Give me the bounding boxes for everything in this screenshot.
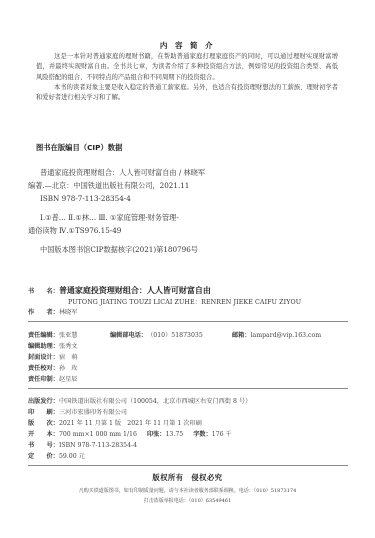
intro-paragraph: 本书的读者对象主要是收入稳定的普通工薪家庭。另外，也适合有投资理财想法的工薪族、…: [36, 83, 338, 104]
publication-value: 中国铁道出版社有限公司（100054，北京市西城区右安门西街 8 号）: [59, 396, 251, 405]
intro-body: 这是一本针对普通家庭的理财书籍，在帮助普通家庭打理家庭资产的同时，可以通过理财实…: [36, 52, 338, 103]
book-title: 普通家庭投资理财组合：人人皆可财富自由: [59, 285, 211, 296]
editorial-phone-label: 编辑部电话：: [110, 330, 147, 339]
book-title-label: 书 名：: [28, 286, 59, 295]
publication-row: 开 本： 700 mm×1 000 mm 1/16 印张： 13.75 字数： …: [28, 429, 232, 440]
editorial-phone: （010）51873035: [147, 330, 203, 339]
intro-paragraph: 这是一本针对普通家庭的理财书籍，在帮助普通家庭打理家庭资产的同时，可以通过理财实…: [36, 52, 338, 83]
intro-title: 内 容 简 介: [0, 40, 375, 51]
divider: [28, 388, 348, 389]
cip-classification-line: Ⅰ.①普… Ⅱ.①林… Ⅲ. ①家庭管理-财务管理-: [40, 213, 179, 223]
publication-label: 印 刷：: [28, 407, 59, 416]
staff-label: 责任印制：: [28, 374, 59, 383]
sheets-value: 13.75: [165, 431, 183, 438]
staff-row: 编辑助理： 张秀文: [28, 341, 78, 352]
publication-row: 书 号： ISBN 978-7-113-28354-4: [28, 440, 137, 451]
divider: [28, 465, 348, 466]
staff-row: 责任印制： 赵星辰: [28, 374, 78, 385]
email-row: 邮箱： lampard@vip.163.com: [232, 330, 321, 341]
book-pinyin: PUTONG JIATING TOUZI LICAI ZUHE：RENREN J…: [68, 297, 301, 306]
staff-value: 孙 玫: [59, 363, 78, 372]
publication-row: 出版发行： 中国铁道出版社有限公司（100054，北京市西城区右安门西街 8 号…: [28, 396, 251, 407]
word-count-label: 字数：: [193, 429, 212, 438]
author-label: 作 者：: [28, 307, 59, 316]
author-row: 作 者： 林晓军: [28, 307, 78, 318]
cip-title-line: 普通家庭投资理财组合：人人皆可财富自由 / 林晓军: [40, 168, 205, 178]
publication-label: 开 本：: [28, 429, 59, 438]
publication-row: 定 价： 59.00 元: [28, 451, 85, 462]
publication-row: 版 次： 2021 年 11 月第 1 版 2021 年 11 月第 1 次印刷: [28, 418, 202, 429]
publication-label: 定 价：: [28, 451, 59, 460]
piracy-report-note: 打击盗版举报电话：（010）63549461: [0, 497, 375, 504]
copyright-title: 版权所有 侵权必究: [0, 473, 375, 483]
cip-heading: 图书在版编目（CIP）数据: [36, 143, 122, 153]
email-address: lampard@vip.163.com: [251, 332, 322, 339]
author-name: 林晓军: [59, 307, 78, 316]
staff-value: 赵星辰: [59, 374, 78, 383]
staff-label: 责任校对：: [28, 363, 59, 372]
staff-value: 张秀文: [59, 341, 78, 350]
publication-label: 版 次：: [28, 418, 59, 427]
copyright-note: 凡购买铁道版图书，如有印制质量问题，请与本社读者服务部联系调换。电话：（010）…: [0, 487, 375, 494]
staff-value: 宿 萌: [59, 352, 78, 361]
publication-label: 书 号：: [28, 440, 59, 449]
publication-label: 出版发行：: [28, 396, 59, 405]
cip-classification-line-2: 通俗读物 Ⅳ.①TS976.15-49: [28, 226, 121, 236]
staff-label: 封面设计：: [28, 352, 59, 361]
publication-row: 印 刷： 三河市宏盛印务有限公司: [28, 407, 127, 418]
staff-row: 封面设计： 宿 萌: [28, 352, 78, 363]
editorial-phone-row: 编辑部电话： （010）51873035: [110, 330, 203, 341]
staff-row: 责任校对： 孙 玫: [28, 363, 78, 374]
staff-row: 责任编辑： 张亚慧: [28, 330, 78, 341]
cip-isbn-line: ISBN 978-7-113-28354-4: [40, 194, 131, 203]
email-label: 邮箱：: [232, 330, 251, 339]
publication-value: 2021 年 11 月第 1 版 2021 年 11 月第 1 次印刷: [59, 418, 202, 427]
staff-value: 张亚慧: [59, 330, 78, 339]
publication-value: 700 mm×1 000 mm 1/16: [59, 431, 137, 438]
cip-publisher-line: 编著.—北京：中国铁道出版社有限公司，2021.11: [28, 181, 189, 191]
cip-verification: 中国版本图书馆CIP数据核字(2021)第180796号: [40, 245, 198, 255]
staff-label: 责任编辑：: [28, 330, 59, 339]
staff-label: 编辑助理：: [28, 341, 59, 350]
divider: [28, 321, 348, 322]
book-title-row: 书 名： 普通家庭投资理财组合：人人皆可财富自由: [28, 285, 211, 296]
publication-value: ISBN 978-7-113-28354-4: [59, 442, 137, 449]
word-count-value: 176 千: [212, 429, 232, 438]
publication-value: 59.00 元: [59, 451, 85, 460]
sheets-label: 印张：: [147, 429, 166, 438]
publication-value: 三河市宏盛印务有限公司: [59, 407, 127, 416]
